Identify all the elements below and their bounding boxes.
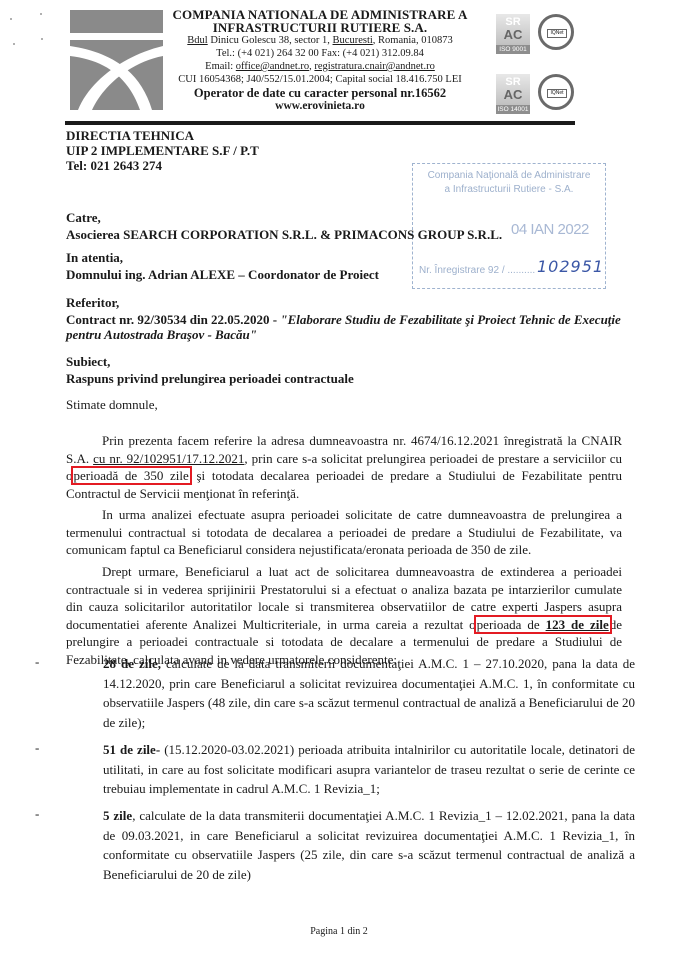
company-registry: CUI 16054368; J40/552/15.01.2004; Capita… — [170, 73, 470, 86]
subject-block: Subiect, Raspuns privind prelungirea per… — [66, 354, 621, 386]
company-phone: Tel.: (+4 021) 264 32 00 Fax: (+4 021) 3… — [170, 47, 470, 60]
road-logo-icon — [70, 10, 163, 110]
page-number: Pagina 1 din 2 — [0, 926, 678, 937]
sr-ac-badge-icon: SR AC ISO 14001 — [496, 74, 530, 114]
sender-phone: Tel: 021 2643 274 — [66, 158, 396, 173]
cert-badge-iso14001: SR AC ISO 14001 IQNet — [496, 74, 586, 116]
subject-text: Raspuns privind prelungirea perioadei co… — [66, 371, 621, 386]
highlight-350-days: perioadă de 350 zile — [73, 468, 190, 483]
data-operator: Operator de date cu caracter personal nr… — [170, 87, 470, 100]
subject-label: Subiect, — [66, 354, 621, 369]
email-link-office[interactable]: office@andnet.ro — [236, 61, 309, 72]
sr-ac-badge-icon: SR AC ISO 9001 — [496, 14, 530, 54]
attention-name: Domnului ing. Adrian ALEXE – Coordonator… — [66, 267, 586, 282]
header-divider — [65, 121, 575, 125]
company-address: Bdul Dinicu Golescu 38, sector 1, Bucure… — [170, 34, 470, 47]
letterhead: COMPANIA NATIONALA DE ADMINISTRARE A INF… — [170, 8, 470, 113]
paragraph-analysis: In urma analizei efectuate asupra perioa… — [66, 506, 622, 559]
reference-label: Referitor, — [66, 295, 621, 310]
company-name-line2: INFRASTRUCTURII RUTIERE S.A. — [170, 21, 470, 34]
email-link-registratura[interactable]: registratura.cnair@andnet.ro — [314, 61, 434, 72]
reference-contract: Contract nr. 92/30534 din 22.05.2020 - "… — [66, 312, 621, 342]
highlight-123-days: perioada de 123 de zile — [476, 617, 610, 632]
company-website[interactable]: www.erovinieta.ro — [170, 100, 470, 113]
request-registration-number: cu nr. 92/102951/17.12.2021 — [93, 451, 244, 466]
iqnet-seal-icon: IQNet — [538, 74, 574, 110]
company-email: Email: office@andnet.ro, registratura.cn… — [170, 60, 470, 73]
recipient-name: Asocierea SEARCH CORPORATION S.R.L. & PR… — [66, 227, 586, 242]
iqnet-seal-icon: IQNet — [538, 14, 574, 50]
paragraph-request: Prin prezenta facem referire la adresa d… — [66, 432, 622, 502]
paragraph-conclusion: Drept urmare, Beneficiarul a luat act de… — [66, 563, 622, 668]
sender-unit: UIP 2 IMPLEMENTARE S.F / P.T — [66, 143, 396, 158]
sender-block: DIRECTIA TEHNICA UIP 2 IMPLEMENTARE S.F … — [66, 128, 396, 173]
recipient-label: Catre, — [66, 210, 586, 225]
cert-badge-iso9001: SR AC ISO 9001 IQNet — [496, 14, 586, 56]
reference-block: Referitor, Contract nr. 92/30534 din 22.… — [66, 295, 621, 342]
recipient-block: Catre, Asocierea SEARCH CORPORATION S.R.… — [66, 210, 586, 282]
attention-label: In atentia, — [66, 250, 586, 265]
sender-department: DIRECTIA TEHNICA — [66, 128, 396, 143]
cnair-logo — [70, 10, 163, 110]
salutation: Stimate domnule, — [66, 397, 158, 413]
